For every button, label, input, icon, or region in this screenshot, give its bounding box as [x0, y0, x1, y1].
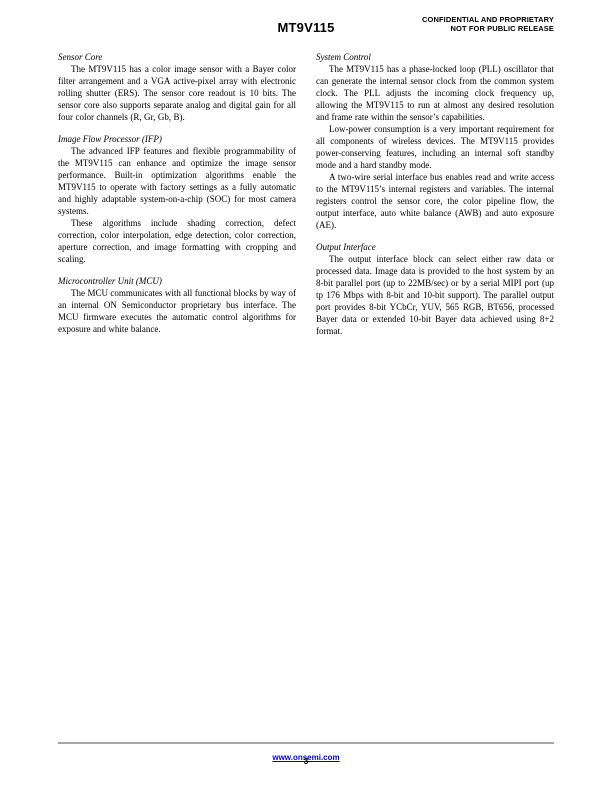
document-page: MT9V115 CONFIDENTIAL AND PROPRIETARY NOT… [0, 0, 612, 792]
paragraph: The MT9V115 has a color image sensor wit… [58, 63, 296, 123]
section-heading: Image Flow Processor (IFP) [58, 133, 296, 145]
paragraph: Low-power consumption is a very importan… [316, 123, 554, 171]
body-columns: Sensor CoreThe MT9V115 has a color image… [58, 51, 554, 337]
section: Output InterfaceThe output interface blo… [316, 241, 554, 337]
paragraph: The MT9V115 has a phase-locked loop (PLL… [316, 63, 554, 123]
paragraph: A two-wire serial interface bus enables … [316, 171, 554, 231]
section: Microcontroller Unit (MCU)The MCU commun… [58, 275, 296, 335]
confidential-notice: CONFIDENTIAL AND PROPRIETARY NOT FOR PUB… [422, 15, 554, 33]
section: Sensor CoreThe MT9V115 has a color image… [58, 51, 296, 123]
section: Image Flow Processor (IFP)The advanced I… [58, 133, 296, 265]
paragraph: The MCU communicates with all functional… [58, 287, 296, 335]
confidential-notice-line2: NOT FOR PUBLIC RELEASE [422, 24, 554, 33]
column-left: Sensor CoreThe MT9V115 has a color image… [58, 51, 296, 337]
section: System ControlThe MT9V115 has a phase-lo… [316, 51, 554, 231]
page-number: 3 [0, 757, 612, 766]
paragraph: These algorithms include shading correct… [58, 217, 296, 265]
section-heading: Output Interface [316, 241, 554, 253]
section-heading: Sensor Core [58, 51, 296, 63]
paragraph: The advanced IFP features and flexible p… [58, 145, 296, 217]
confidential-notice-line1: CONFIDENTIAL AND PROPRIETARY [422, 15, 554, 24]
column-right: System ControlThe MT9V115 has a phase-lo… [316, 51, 554, 337]
footer-divider [58, 742, 554, 744]
section-heading: Microcontroller Unit (MCU) [58, 275, 296, 287]
section-heading: System Control [316, 51, 554, 63]
paragraph: The output interface block can select ei… [316, 253, 554, 337]
